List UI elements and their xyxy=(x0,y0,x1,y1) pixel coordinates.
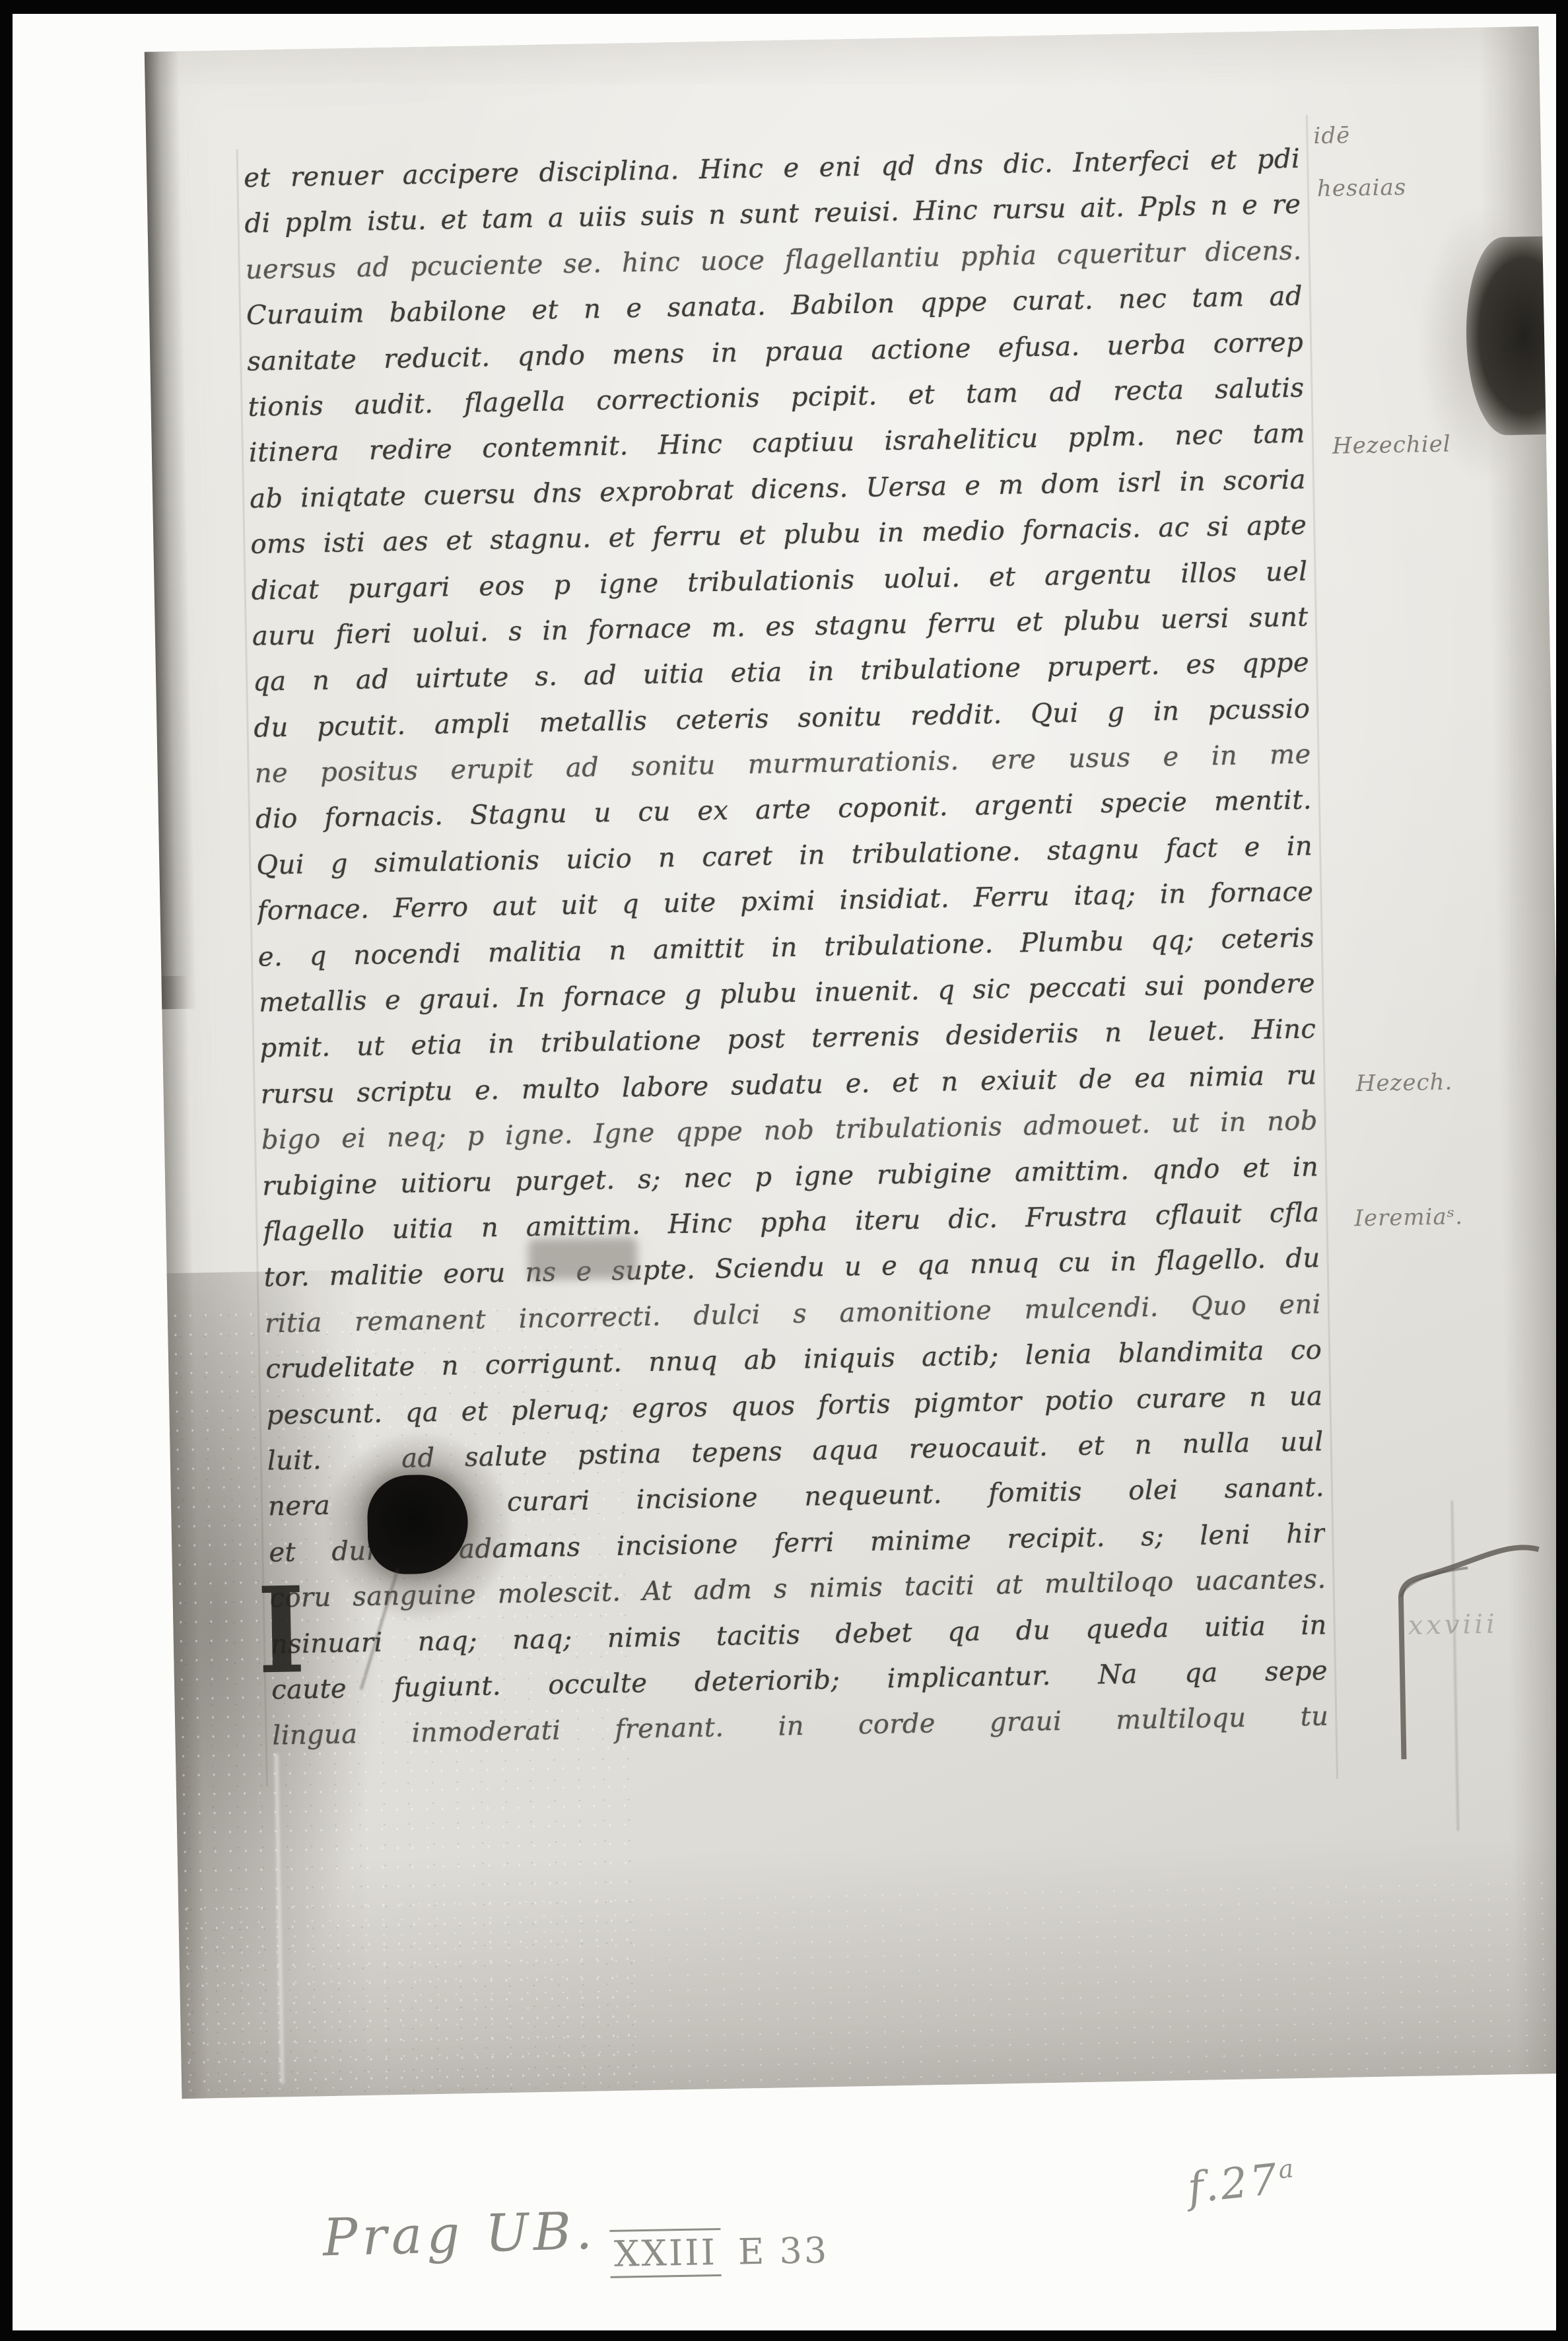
manuscript-photo-scan: et renuer accipere disciplina. Hinc e en… xyxy=(0,0,1568,2341)
paragraph-flourish-icon xyxy=(1375,1538,1556,1766)
erasure-smudge xyxy=(528,1237,638,1280)
folio-number: f.27 xyxy=(1186,2155,1282,2213)
page-left-lower-shadow xyxy=(161,976,208,2099)
margin-note-ieremias: Ieremiaˢ. xyxy=(1354,1205,1463,1231)
film-grain-speckle-bottom xyxy=(178,1875,1556,2099)
margin-note-ezechiel-abbrev: Hezech. xyxy=(1355,1070,1452,1097)
shelfmark-annotation: XXIIIE 33 xyxy=(609,2229,829,2275)
photo-paper-background: et renuer accipere disciplina. Hinc e en… xyxy=(13,14,1556,2330)
library-annotation: Prag UB. xyxy=(322,2202,597,2268)
margin-note-isaias: hesaias xyxy=(1317,176,1407,202)
page-left-edge-shadow xyxy=(145,52,197,1010)
parchment-crease-bottom xyxy=(275,1753,284,2083)
chapter-numeral: xxviii xyxy=(1408,1611,1498,1638)
manuscript-page: et renuer accipere disciplina. Hinc e en… xyxy=(145,26,1556,2099)
chapter-mark: xxviii xyxy=(1375,1538,1556,1766)
margin-note-idem: idē xyxy=(1313,123,1350,149)
shelfmark-call-number: E 33 xyxy=(737,2229,829,2272)
folio-recto-superscript: a xyxy=(1277,2153,1297,2184)
shelfmark-roman-numeral: XXIII xyxy=(609,2228,721,2278)
page-bottom-vignette xyxy=(178,1835,1556,2099)
folio-annotation: f.27a xyxy=(1186,2153,1300,2214)
initial-letter-I: I xyxy=(257,1571,306,1691)
